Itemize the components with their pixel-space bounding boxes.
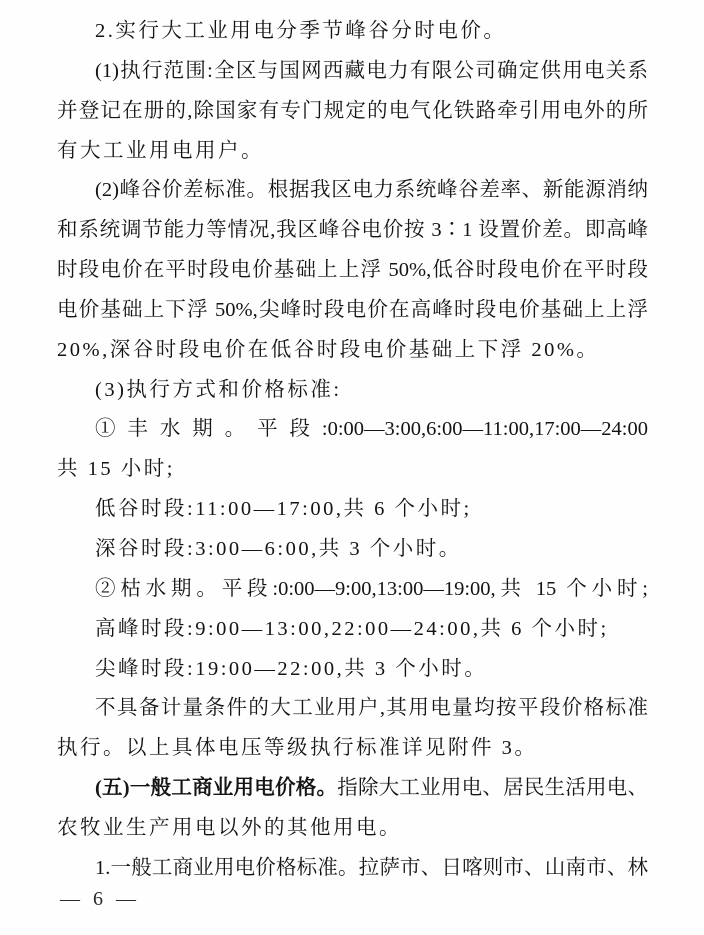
page-number: — 6 —: [60, 886, 140, 912]
text-line: ②枯水期。平段:0:00—9:00,13:00—19:00,共 15 个小时;: [57, 570, 648, 610]
text-line: 低谷时段:11:00—17:00,共 6 个小时;: [57, 490, 648, 530]
text-line: 尖峰时段:19:00—22:00,共 3 个小时。: [57, 650, 648, 690]
text-line: (五)一般工商业用电价格。指除大工业用电、居民生活用电、: [57, 769, 648, 809]
text-line: 电价基础上下浮 50%,尖峰时段电价在高峰时段电价基础上上浮: [57, 291, 648, 331]
text-line: 1.一般工商业用电价格标准。拉萨市、日喀则市、山南市、林: [57, 849, 648, 889]
document-page: 2.实行大工业用电分季节峰谷分时电价。 (1)执行范围:全区与国网西藏电力有限公…: [0, 0, 704, 935]
text-line: 农牧业生产用电以外的其他用电。: [57, 809, 648, 849]
text-line: 高峰时段:9:00—13:00,22:00—24:00,共 6 个小时;: [57, 610, 648, 650]
text-line: (1)执行范围:全区与国网西藏电力有限公司确定供用电关系: [57, 52, 648, 92]
text-line: 执行。以上具体电压等级执行标准详见附件 3。: [57, 729, 648, 769]
text-line: 深谷时段:3:00—6:00,共 3 个小时。: [57, 530, 648, 570]
text-line: 不具备计量条件的大工业用户,其用电量均按平段价格标准: [57, 689, 648, 729]
text-line: (3)执行方式和价格标准:: [57, 371, 648, 411]
text-line: ①丰水期。平段:0:00—3:00,6:00—11:00,17:00—24:00: [57, 410, 648, 450]
text-line: (2)峰谷价差标准。根据我区电力系统峰谷差率、新能源消纳: [57, 171, 648, 211]
text-line: 时段电价在平时段电价基础上上浮 50%,低谷时段电价在平时段: [57, 251, 648, 291]
section-heading: (五)一般工商业用电价格。: [95, 777, 337, 799]
section-heading-rest: 指除大工业用电、居民生活用电、: [337, 777, 648, 799]
text-line: 20%,深谷时段电价在低谷时段电价基础上下浮 20%。: [57, 331, 648, 371]
text-line: 2.实行大工业用电分季节峰谷分时电价。: [57, 12, 648, 52]
text-line: 共 15 小时;: [57, 450, 648, 490]
document-body: 2.实行大工业用电分季节峰谷分时电价。 (1)执行范围:全区与国网西藏电力有限公…: [57, 12, 648, 889]
text-line: 有大工业用电用户。: [57, 132, 648, 172]
text-line: 和系统调节能力等情况,我区峰谷电价按 3∶1 设置价差。即高峰: [57, 211, 648, 251]
text-line: 并登记在册的,除国家有专门规定的电气化铁路牵引用电外的所: [57, 92, 648, 132]
